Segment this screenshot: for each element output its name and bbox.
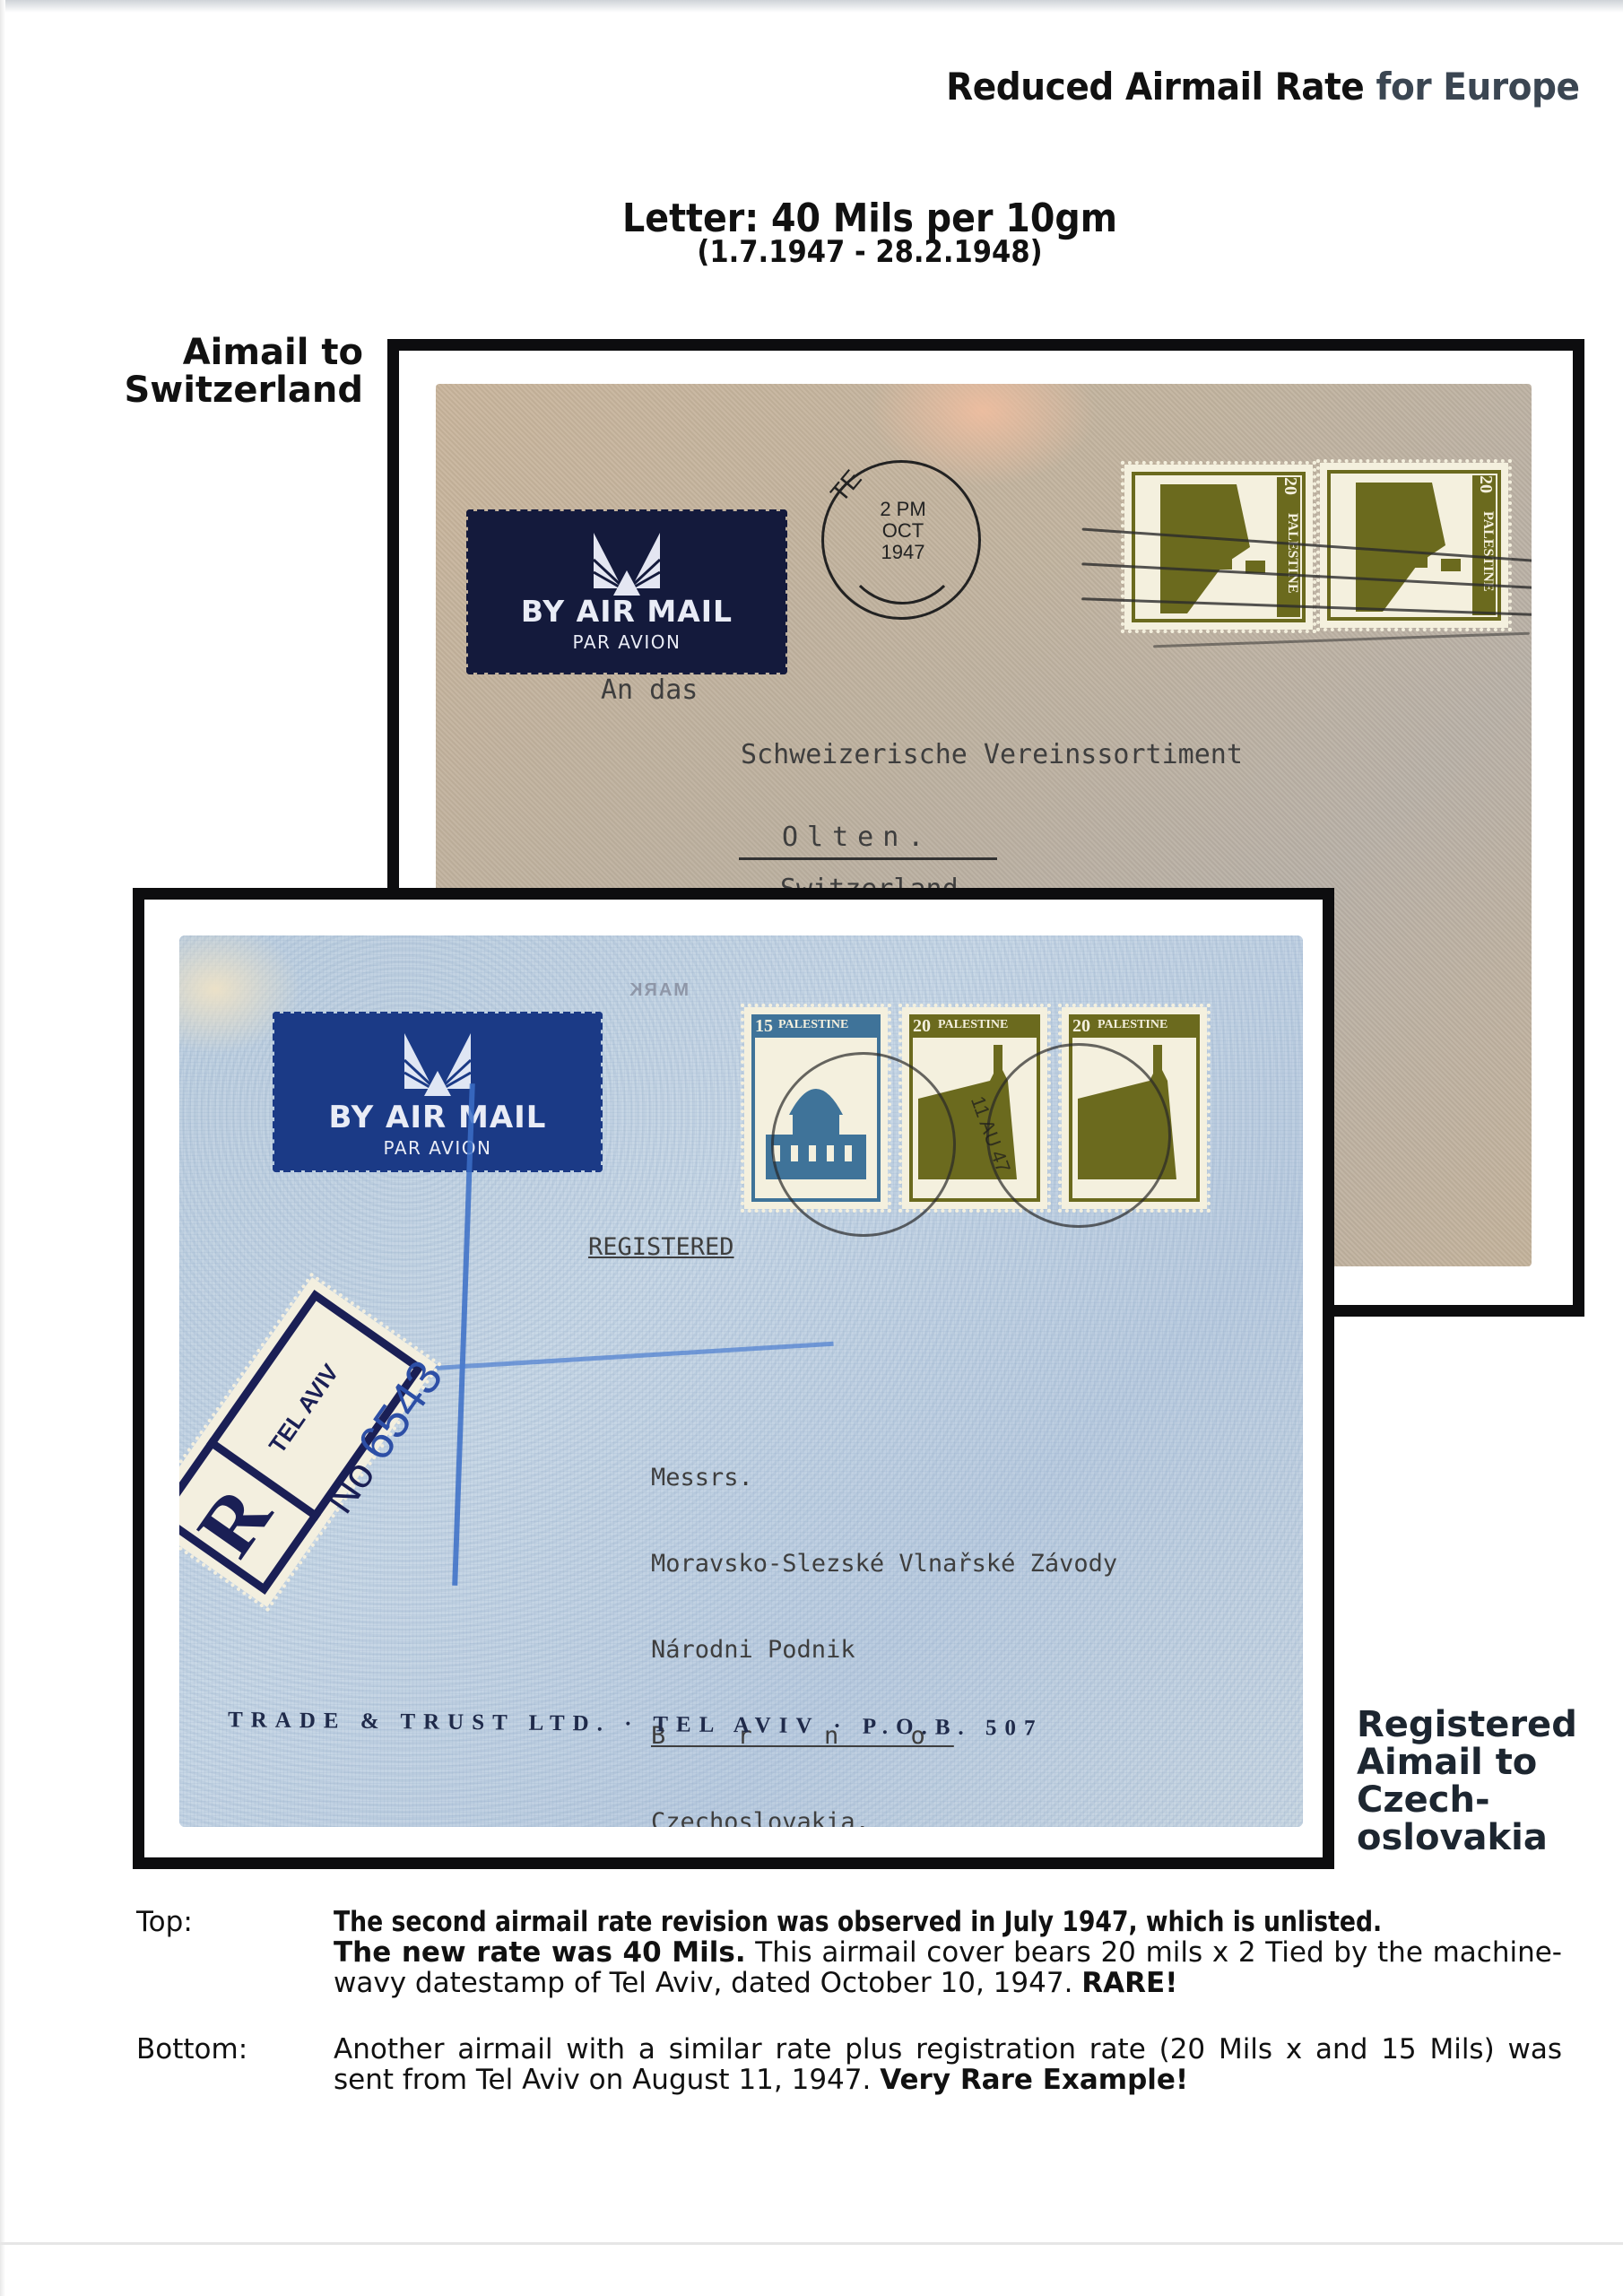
address-line: Messrs. bbox=[651, 1464, 1117, 1492]
label-line: oslovakia bbox=[1357, 1819, 1577, 1857]
address-line: Národni Podnik bbox=[651, 1636, 1117, 1665]
tower-of-david-icon bbox=[1160, 484, 1268, 613]
registration-label: R TEL AVIV No 6543 bbox=[179, 1277, 437, 1607]
note-bold: The second airmail rate revision was obs… bbox=[334, 1907, 1559, 1937]
stamp: 20 PALESTINE bbox=[1320, 463, 1508, 628]
note-label-bottom: Bottom: bbox=[136, 2034, 247, 2065]
bottom-cover-envelope: MARK BY AIR MAIL PAR AVION 15 PALESTINE bbox=[179, 935, 1303, 1827]
stamp-country: PALESTINE bbox=[778, 1018, 848, 1032]
airmail-etiquette: BY AIR MAIL PAR AVION bbox=[274, 1013, 601, 1170]
note-text-bottom: Another airmail with a similar rate plus… bbox=[334, 2034, 1562, 2095]
mirrored-imprint: MARK bbox=[628, 980, 689, 1001]
page-edge bbox=[0, 2242, 1623, 2245]
page-title: Reduced Airmail Rate for Europe bbox=[947, 65, 1580, 109]
rate-heading: Letter: 40 Mils per 10gm (1.7.1947 - 28.… bbox=[520, 199, 1219, 267]
note-text-top: The second airmail rate revision was obs… bbox=[334, 1907, 1562, 1998]
page-edge bbox=[0, 0, 5, 2296]
stamp-value: 20 bbox=[1277, 477, 1300, 495]
postmark-time: 2 PM bbox=[872, 499, 934, 520]
bottom-cover-label: Registered Aimail to Czech- oslovakia bbox=[1357, 1706, 1577, 1857]
label-line: Aimail to bbox=[124, 334, 363, 371]
postmark-circle bbox=[986, 1043, 1171, 1228]
postmark-date: OCT bbox=[872, 520, 934, 542]
stamp-value: 20 bbox=[1072, 1016, 1090, 1037]
note-emphasis: Very Rare Example! bbox=[880, 2064, 1188, 2096]
stamp-country: PALESTINE bbox=[1472, 511, 1496, 592]
wings-icon bbox=[586, 533, 667, 596]
par-avion-text: PAR AVION bbox=[274, 1137, 601, 1159]
address-salutation: An das bbox=[601, 674, 698, 706]
address-recipient: Schweizerische Vereinssortiment bbox=[741, 739, 1243, 770]
stamp-country: PALESTINE bbox=[938, 1018, 1008, 1032]
wings-icon bbox=[397, 1033, 478, 1096]
machine-cancel-line bbox=[1153, 632, 1530, 648]
address-block: Messrs. Moravsko-Slezské Vlnařské Závody… bbox=[651, 1406, 1117, 1827]
stamp-value: 20 bbox=[913, 1016, 931, 1037]
title-main: Reduced Airmail Rate bbox=[947, 65, 1365, 109]
note-emphasis: RARE! bbox=[1081, 1967, 1177, 1999]
airmail-text: BY AIR MAIL bbox=[274, 1100, 601, 1135]
note-bold: The new rate was 40 Mils. bbox=[334, 1936, 746, 1969]
label-line: Czech- bbox=[1357, 1781, 1577, 1819]
address-city: Olten. bbox=[782, 822, 933, 853]
postmark-circle bbox=[771, 1052, 956, 1237]
label-line: Aimail to bbox=[1357, 1744, 1577, 1781]
registration-crayon-line bbox=[386, 1342, 833, 1374]
airmail-text: BY AIR MAIL bbox=[468, 594, 785, 629]
tower-of-david-icon bbox=[1356, 483, 1463, 612]
par-avion-text: PAR AVION bbox=[468, 631, 785, 653]
page-edge bbox=[0, 0, 1623, 13]
stamp-value: 15 bbox=[755, 1016, 773, 1037]
city-underline bbox=[739, 857, 997, 860]
stamp-country: PALESTINE bbox=[1277, 513, 1300, 594]
address-line: Czechoslovakia. bbox=[651, 1808, 1117, 1827]
stamp-value: 20 bbox=[1472, 475, 1496, 493]
label-line: Switzerland bbox=[124, 371, 363, 409]
registered-typed: REGISTERED bbox=[588, 1233, 734, 1261]
rate-line: Letter: 40 Mils per 10gm bbox=[555, 199, 1185, 239]
title-accent: for Europe bbox=[1376, 65, 1580, 109]
top-cover-label: Aimail to Switzerland bbox=[124, 334, 363, 409]
postmark-year: 1947 bbox=[872, 542, 934, 563]
address-line: Moravsko-Slezské Vlnařské Závody bbox=[651, 1550, 1117, 1578]
label-line: Registered bbox=[1357, 1706, 1577, 1744]
note-label-top: Top: bbox=[136, 1907, 193, 1937]
period-line: (1.7.1947 - 28.2.1948) bbox=[555, 237, 1185, 267]
airmail-etiquette: BY AIR MAIL PAR AVION bbox=[468, 511, 785, 673]
stamp-country: PALESTINE bbox=[1098, 1018, 1167, 1032]
